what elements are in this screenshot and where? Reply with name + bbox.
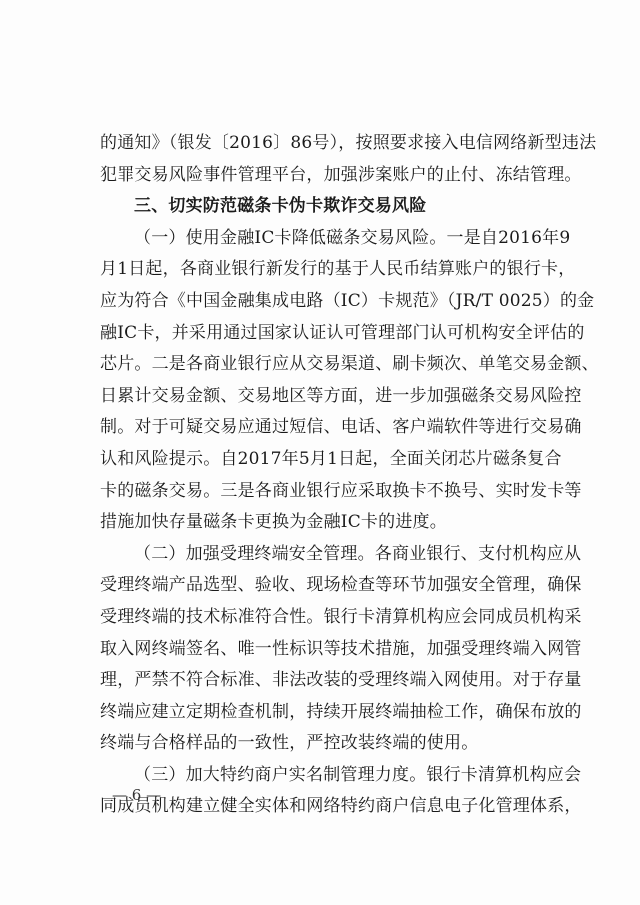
text-line: 受理终端的技术标准符合性。银行卡清算机构应会同成员机构采 [100, 602, 546, 634]
text-line: 月1日起，各商业银行新发行的基于人民币结算账户的银行卡， [100, 254, 546, 286]
text-line: 措施加快存量磁条卡更换为金融IC卡的进度。 [100, 507, 546, 539]
paragraph-start: （二）加强受理终端安全管理。各商业银行、支付机构应从 [100, 539, 546, 571]
text-line: 终端应建立定期检查机制，持续开展终端抽检工作，确保布放的 [100, 697, 546, 729]
text-line: 卡的磁条交易。三是各商业银行应采取换卡不换号、实时发卡等 [100, 476, 546, 508]
text-line: 的通知》（银发〔2016〕86号），按照要求接入电信网络新型违法 [100, 128, 546, 160]
text-line: 犯罪交易风险事件管理平台，加强涉案账户的止付、冻结管理。 [100, 160, 546, 192]
page-number: — 6 — [112, 786, 161, 804]
text-line: 同成员机构建立健全实体和网络特约商户信息电子化管理体系， [100, 791, 546, 823]
text-line: 日累计交易金额、交易地区等方面，进一步加强磁条交易风险控 [100, 381, 546, 413]
text-line: 认和风险提示。自2017年5月1日起，全面关闭芯片磁条复合 [100, 444, 546, 476]
text-line: 取入网终端签名、唯一性标识等技术措施，加强受理终端入网管 [100, 634, 546, 666]
text-line: 终端与合格样品的一致性，严控改装终端的使用。 [100, 728, 546, 760]
body-text: 的通知》（银发〔2016〕86号），按照要求接入电信网络新型违法 犯罪交易风险事… [100, 128, 546, 823]
document-page: 的通知》（银发〔2016〕86号），按照要求接入电信网络新型违法 犯罪交易风险事… [0, 0, 640, 905]
paragraph-start: （一）使用金融IC卡降低磁条交易风险。一是自2016年9 [100, 223, 546, 255]
text-line: 制。对于可疑交易应通过短信、电话、客户端软件等进行交易确 [100, 412, 546, 444]
text-line: 受理终端产品选型、验收、现场检查等环节加强安全管理，确保 [100, 570, 546, 602]
text-line: 应为符合《中国金融集成电路（IC）卡规范》（JR/T 0025）的金 [100, 286, 546, 318]
text-line: 融IC卡，并采用通过国家认证认可管理部门认可机构安全评估的 [100, 318, 546, 350]
section-heading: 三、切实防范磁条卡伪卡欺诈交易风险 [100, 191, 546, 223]
paragraph-start: （三）加大特约商户实名制管理力度。银行卡清算机构应会 [100, 760, 546, 792]
text-line: 芯片。二是各商业银行应从交易渠道、刷卡频次、单笔交易金额、 [100, 349, 546, 381]
text-line: 理，严禁不符合标准、非法改装的受理终端入网使用。对于存量 [100, 665, 546, 697]
